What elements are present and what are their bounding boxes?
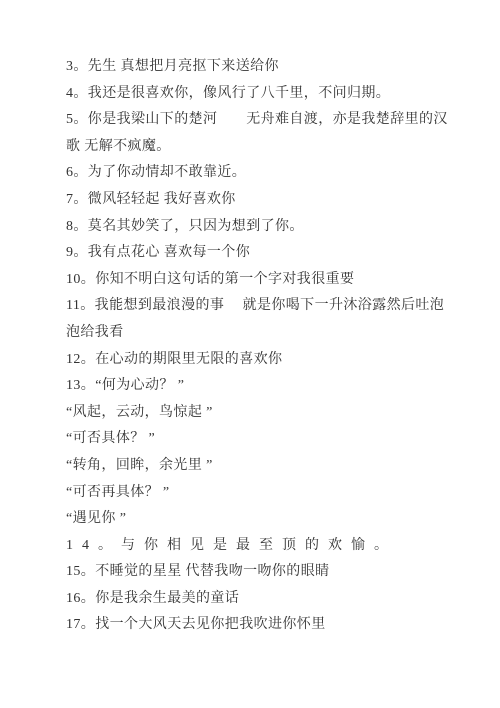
quote-line: 12。在心动的期限里无限的喜欢你 (66, 347, 446, 374)
quote-line: 8。莫名其妙笑了，只因为想到了你。 (66, 214, 446, 241)
quote-line: “可否具体？ ” (66, 426, 446, 453)
quote-line: 17。找一个大风天去见你把我吹进你怀里 (66, 612, 446, 639)
quote-line: 6。为了你动情却不敢靠近。 (66, 160, 446, 187)
quote-line: 5。你是我梁山下的楚河 无舟难自渡，亦是我楚辞里的汉 (66, 107, 446, 134)
quote-line: 15。不睡觉的星星 代替我吻一吻你的眼睛 (66, 559, 446, 586)
quote-line: 14。与你相见是最至顶的欢愉。 (66, 533, 446, 560)
quote-line: “可否再具体？ ” (66, 480, 446, 507)
document-page: 3。先生 真想把月亮抠下来送给你4。我还是很喜欢你，像风行了八千里，不问归期。5… (0, 0, 500, 708)
quote-line: 9。我有点花心 喜欢每一个你 (66, 240, 446, 267)
quote-line: 16。你是我余生最美的童话 (66, 586, 446, 613)
quote-line: 歌 无解不疯魔。 (66, 134, 446, 161)
quote-line: 7。微风轻轻起 我好喜欢你 (66, 187, 446, 214)
quote-line: “遇见你 ” (66, 506, 446, 533)
quote-line: “转角，回眸，余光里 ” (66, 453, 446, 480)
quote-line: 3。先生 真想把月亮抠下来送给你 (66, 54, 446, 81)
quote-line: 4。我还是很喜欢你，像风行了八千里，不问归期。 (66, 81, 446, 108)
quote-line: 11。我能想到最浪漫的事 就是你喝下一升沐浴露然后吐泡 (66, 293, 446, 320)
quote-line: 泡给我看 (66, 320, 446, 347)
quote-line: “风起，云动，鸟惊起 ” (66, 400, 446, 427)
quote-line: 10。你知不明白这句话的第一个字对我很重要 (66, 267, 446, 294)
quote-list: 3。先生 真想把月亮抠下来送给你4。我还是很喜欢你，像风行了八千里，不问归期。5… (66, 54, 446, 639)
quote-line: 13。“何为心动？ ” (66, 373, 446, 400)
